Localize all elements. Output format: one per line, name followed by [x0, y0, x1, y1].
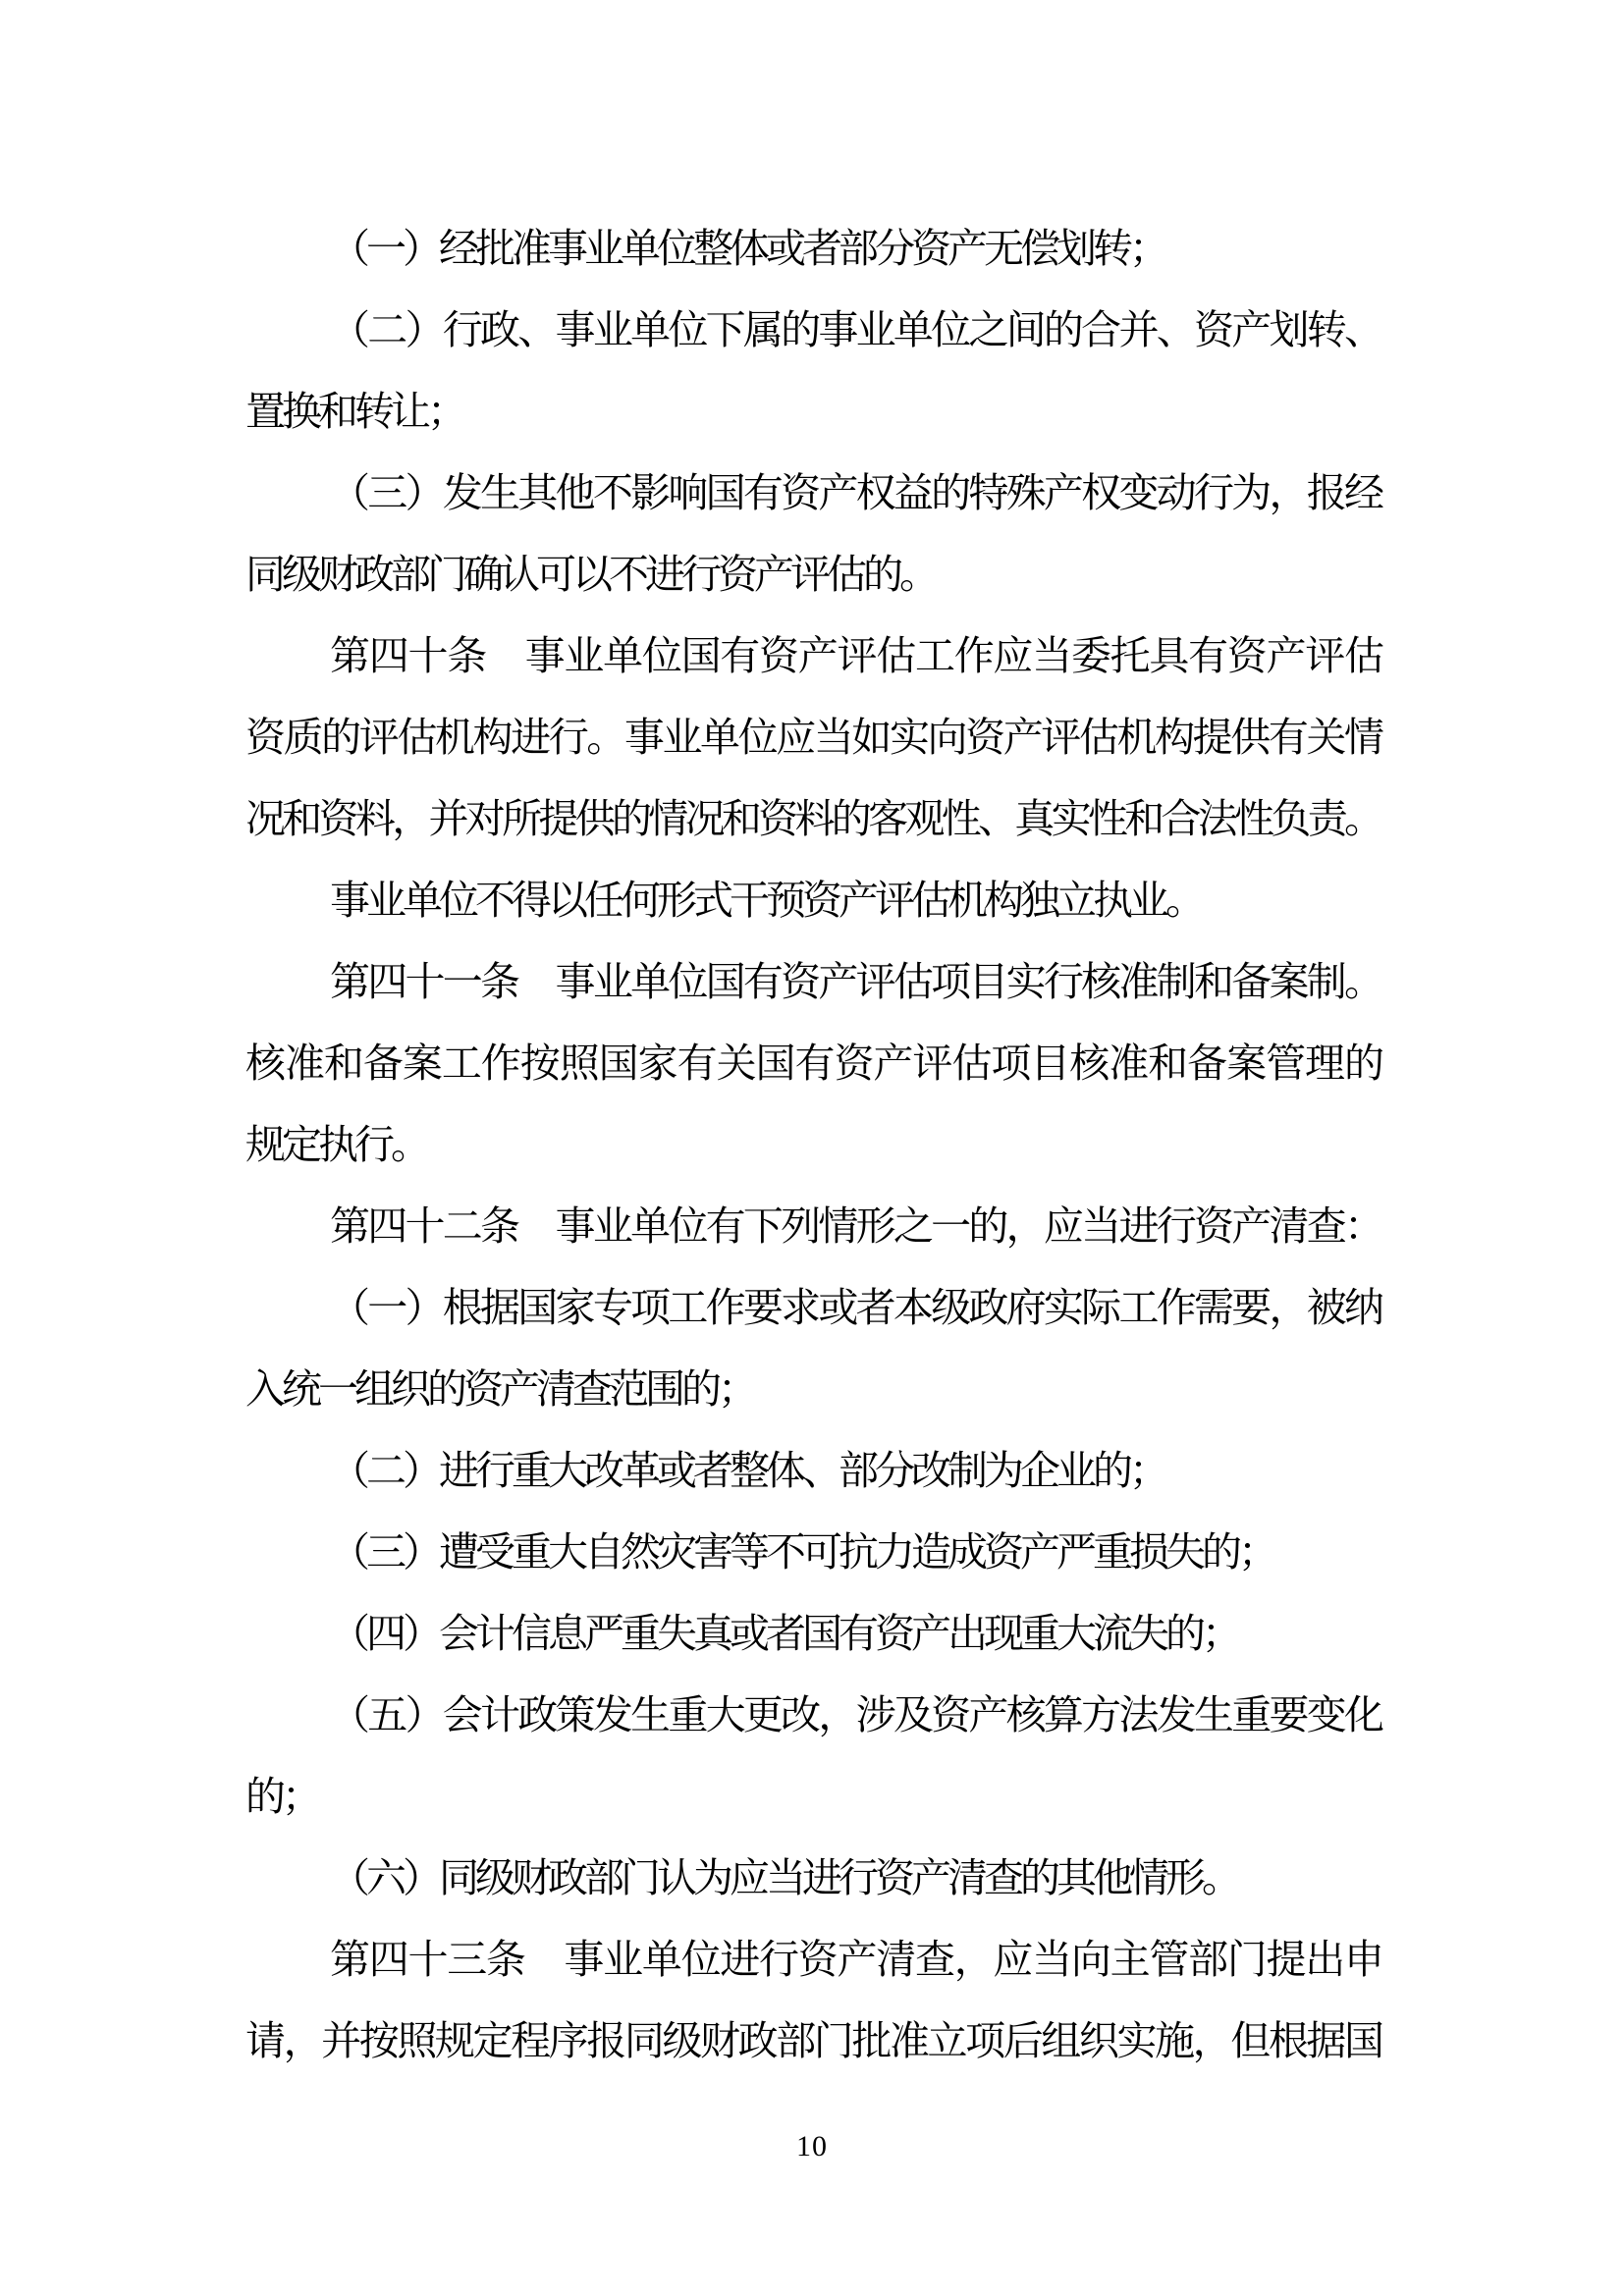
- text-line: （四）会计信息严重失真或者国有资产出现重大流失的；: [245, 1593, 1380, 1675]
- document-body: （一）经批准事业单位整体或者部分资产无偿划转；（二）行政、事业单位下属的事业单位…: [245, 208, 1380, 2082]
- text-line: 规定执行。: [245, 1104, 1380, 1186]
- page-number: 10: [0, 2122, 1624, 2171]
- text-line: 第四十条 事业单位国有资产评估工作应当委托具有资产评估: [245, 615, 1380, 697]
- text-line: 事业单位不得以任何形式干预资产评估机构独立执业。: [245, 860, 1380, 941]
- text-line: 同级财政部门确认可以不进行资产评估的。: [245, 534, 1380, 615]
- paragraph: （一）经批准事业单位整体或者部分资产无偿划转；: [245, 208, 1380, 290]
- document-page: （一）经批准事业单位整体或者部分资产无偿划转；（二）行政、事业单位下属的事业单位…: [0, 0, 1624, 2296]
- paragraph: 第四十二条 事业单位有下列情形之一的，应当进行资产清查：: [245, 1186, 1380, 1267]
- paragraph: 事业单位不得以任何形式干预资产评估机构独立执业。: [245, 860, 1380, 941]
- text-line: 置换和转让；: [245, 371, 1380, 453]
- text-line: 请，并按照规定程序报同级财政部门批准立项后组织实施，但根据国: [245, 2001, 1380, 2082]
- text-line: 入统一组织的资产清查范围的；: [245, 1349, 1380, 1430]
- text-line: （三）发生其他不影响国有资产权益的特殊产权变动行为，报经: [245, 453, 1380, 534]
- text-line: 第四十二条 事业单位有下列情形之一的，应当进行资产清查：: [245, 1186, 1380, 1267]
- text-line: （二）行政、事业单位下属的事业单位之间的合并、资产划转、: [245, 290, 1380, 371]
- paragraph: （四）会计信息严重失真或者国有资产出现重大流失的；: [245, 1593, 1380, 1675]
- text-line: （二）进行重大改革或者整体、部分改制为企业的；: [245, 1430, 1380, 1512]
- text-line: （五）会计政策发生重大更改，涉及资产核算方法发生重要变化: [245, 1675, 1380, 1756]
- text-line: 第四十一条 事业单位国有资产评估项目实行核准制和备案制。: [245, 941, 1380, 1023]
- paragraph: （二）行政、事业单位下属的事业单位之间的合并、资产划转、置换和转让；: [245, 290, 1380, 453]
- paragraph: 第四十一条 事业单位国有资产评估项目实行核准制和备案制。核准和备案工作按照国家有…: [245, 941, 1380, 1186]
- paragraph: （三）遭受重大自然灾害等不可抗力造成资产严重损失的；: [245, 1512, 1380, 1593]
- text-line: 第四十三条 事业单位进行资产清查，应当向主管部门提出申: [245, 1919, 1380, 2001]
- text-line: 的；: [245, 1756, 1380, 1838]
- paragraph: 第四十条 事业单位国有资产评估工作应当委托具有资产评估资质的评估机构进行。事业单…: [245, 615, 1380, 860]
- paragraph: （一）根据国家专项工作要求或者本级政府实际工作需要，被纳入统一组织的资产清查范围…: [245, 1267, 1380, 1430]
- text-line: （一）经批准事业单位整体或者部分资产无偿划转；: [245, 208, 1380, 290]
- text-line: 况和资料，并对所提供的情况和资料的客观性、真实性和合法性负责。: [245, 778, 1380, 860]
- text-line: （三）遭受重大自然灾害等不可抗力造成资产严重损失的；: [245, 1512, 1380, 1593]
- paragraph: （五）会计政策发生重大更改，涉及资产核算方法发生重要变化的；: [245, 1675, 1380, 1838]
- text-line: （六）同级财政部门认为应当进行资产清查的其他情形。: [245, 1838, 1380, 1919]
- paragraph: （三）发生其他不影响国有资产权益的特殊产权变动行为，报经同级财政部门确认可以不进…: [245, 453, 1380, 615]
- text-line: 资质的评估机构进行。事业单位应当如实向资产评估机构提供有关情: [245, 697, 1380, 778]
- paragraph: （二）进行重大改革或者整体、部分改制为企业的；: [245, 1430, 1380, 1512]
- text-line: （一）根据国家专项工作要求或者本级政府实际工作需要，被纳: [245, 1267, 1380, 1349]
- paragraph: （六）同级财政部门认为应当进行资产清查的其他情形。: [245, 1838, 1380, 1919]
- paragraph: 第四十三条 事业单位进行资产清查，应当向主管部门提出申请，并按照规定程序报同级财…: [245, 1919, 1380, 2082]
- text-line: 核准和备案工作按照国家有关国有资产评估项目核准和备案管理的: [245, 1023, 1380, 1104]
